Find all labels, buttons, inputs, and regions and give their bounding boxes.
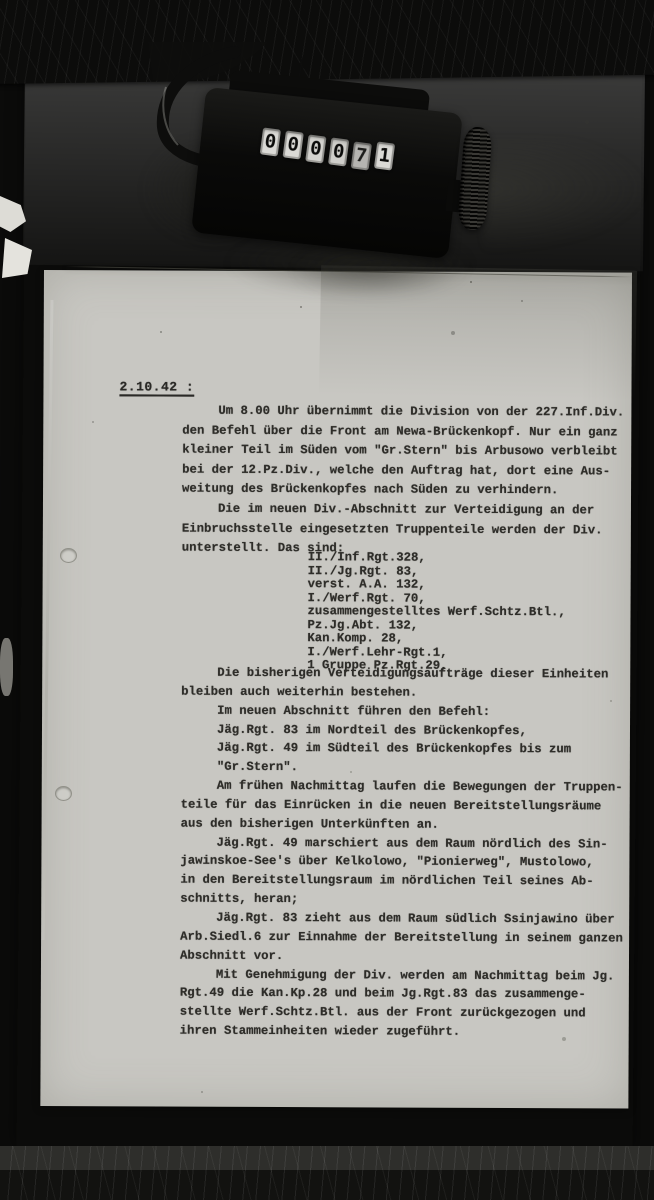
counter-digit: 0 <box>282 130 303 159</box>
film-edge-blob <box>0 638 13 696</box>
counter-digit: 0 <box>305 134 326 163</box>
film-edge-shadow-band <box>0 1146 654 1170</box>
tally-counter-photo: 000071 <box>0 0 654 1200</box>
counter-body <box>191 87 463 259</box>
microfilm-frame: 2.10.42 : Um 8.00 Uhr übernimmt die Divi… <box>0 0 654 1200</box>
counter-digit: 1 <box>374 141 395 170</box>
counter-shadow <box>484 140 644 250</box>
counter-digit: 0 <box>328 137 349 166</box>
counter-digit: 7 <box>351 141 372 170</box>
film-edge-bottom <box>0 1146 654 1200</box>
counter-digit: 0 <box>260 127 281 156</box>
dust-specks <box>0 0 2 2</box>
